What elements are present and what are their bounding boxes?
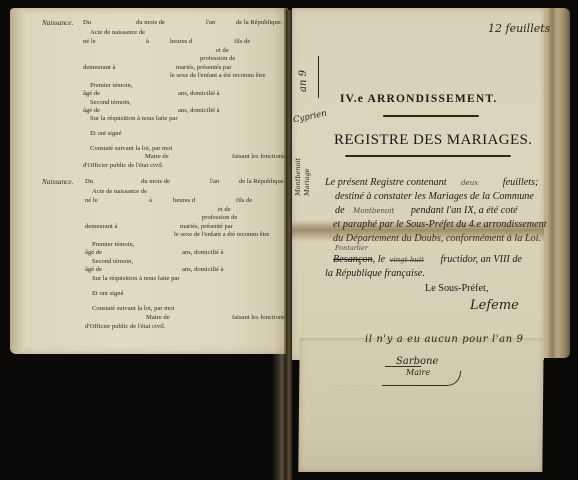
form-text: âgé de [83,91,100,98]
divider-rule [345,155,511,157]
form-text: âgé de [85,250,102,257]
form-text: Et ont signé [92,291,124,298]
register-title: REGISTRE DES MARIAGES. [334,132,532,149]
form-text: né le [83,39,96,46]
paragraph-line: Besançon, le vingt huit fructidor, an VI… [333,254,522,265]
printed-text: pendant l'an IX, a été coté [411,205,518,216]
handwritten-count: deux [461,179,478,187]
paragraph-line: la République française. [325,268,425,279]
form-text: mariés, présenté par [180,224,233,231]
printed-text: fructidor, an VIII de [440,254,521,265]
form-text: d'Officier public de l'état civil. [85,324,165,331]
printed-text: Le présent Registre contenant [325,177,447,188]
paragraph-line: et paraphé par le Sous-Préfet du 4.e arr… [333,219,547,230]
form-text: Constaté suivant la loi, par moi [92,306,174,313]
form-text: du mois de [136,20,165,27]
form-text: mariés, présentés par [176,65,231,72]
margin-note-type: Mariage [303,168,311,196]
handwritten-date: vingt huit [390,256,424,264]
form-text: ans, domicilié à [178,108,220,115]
form-text: de la République. [236,20,282,27]
form-text: profession de [200,56,235,63]
form-text: à [146,39,149,46]
form-text: faisant les fonctions [232,315,285,322]
folio-note: 12 feuillets [488,22,550,35]
form-text: ans, domicilié à [178,91,220,98]
margin-note-commune: Montbenoit [294,158,302,196]
form-text: et de [218,207,231,214]
form-text: Du [83,20,91,27]
form-text: faisant les fonctions [232,154,285,161]
paragraph-line: du Département du Doubs, conformément à … [333,233,541,244]
handwritten-insertion: Pontarlier [335,244,368,252]
form-text: de la République. [239,179,285,186]
form-text: heures d [170,39,192,46]
form-text: né le [85,198,98,205]
form-text: âgé de [83,108,100,115]
form-text: profession de [202,215,237,222]
handwritten-annotation: il n'y a eu aucun pour l'an 9 [365,334,523,345]
form-text: Premier témoin, [90,83,132,90]
form-text: Maire de [146,315,170,322]
form-text: l'an [210,179,219,186]
arrondissement-heading: IV.e ARRONDISSEMENT. [340,93,497,105]
divider-rule [383,115,479,117]
form-text: demeurant à [85,224,117,231]
struck-text: Besançon [333,254,373,265]
margin-label: Naissance. [42,20,73,27]
printed-text: feuillets; [503,177,539,188]
margin-note-year: an 9 [298,70,309,92]
margin-rule [318,56,319,98]
form-text: et de [216,48,229,55]
form-text: le sexe de l'enfant a été reconnu être [174,232,269,239]
form-text: Acte de naissance de [92,189,147,196]
form-text: ans, domicilié à [182,267,224,274]
maire-title: Maire [406,368,430,377]
paragraph-line: destiné à constater les Mariages de la C… [335,191,534,202]
form-text: Acte de naissance de [90,30,145,37]
form-text: l'an [206,20,215,27]
form-text: Second témoin, [92,259,133,266]
paragraph-line: Le présent Registre contenant deux feuil… [325,177,538,188]
form-text: le sexe de l'enfant a été reconnu être [170,73,265,80]
form-text: Second témoin, [90,100,131,107]
form-text: Premier témoin, [92,242,134,249]
printed-text: , le [373,254,385,265]
sous-prefet-signature: Lefeme [470,298,519,313]
sous-prefet-label: Le Sous-Préfet, [425,283,488,294]
form-text: fils de [234,39,250,46]
form-text: Constaté suivant la loi, par moi [90,146,172,153]
paragraph-line: de Montbenoit pendant l'an IX, a été cot… [335,205,518,216]
margin-label: Naissance. [42,179,73,186]
handwritten-commune: Montbenoit [353,207,394,215]
form-text: d'Officier public de l'état civil. [83,163,163,170]
form-text: du mois de [141,179,170,186]
left-page: Naissance. Du du mois de l'an de la Répu… [10,8,288,354]
printed-text: de [335,205,345,216]
left-page-edge [10,10,24,352]
form-text: Sur la réquisition à nous faite par [90,116,178,123]
signature-underline [385,366,421,367]
form-text: Du [85,179,93,186]
form-text: âgé de [85,267,102,274]
form-text: ans, domicilié à [182,250,224,257]
form-text: Et ont signé [90,131,122,138]
form-text: Maire de [145,154,169,161]
form-text: heures d [173,198,195,205]
form-text: fils de [236,198,252,205]
form-text: Sur la réquisition à nous faite par [92,276,180,283]
form-text: demeurant à [83,65,115,72]
form-text: à [149,198,152,205]
